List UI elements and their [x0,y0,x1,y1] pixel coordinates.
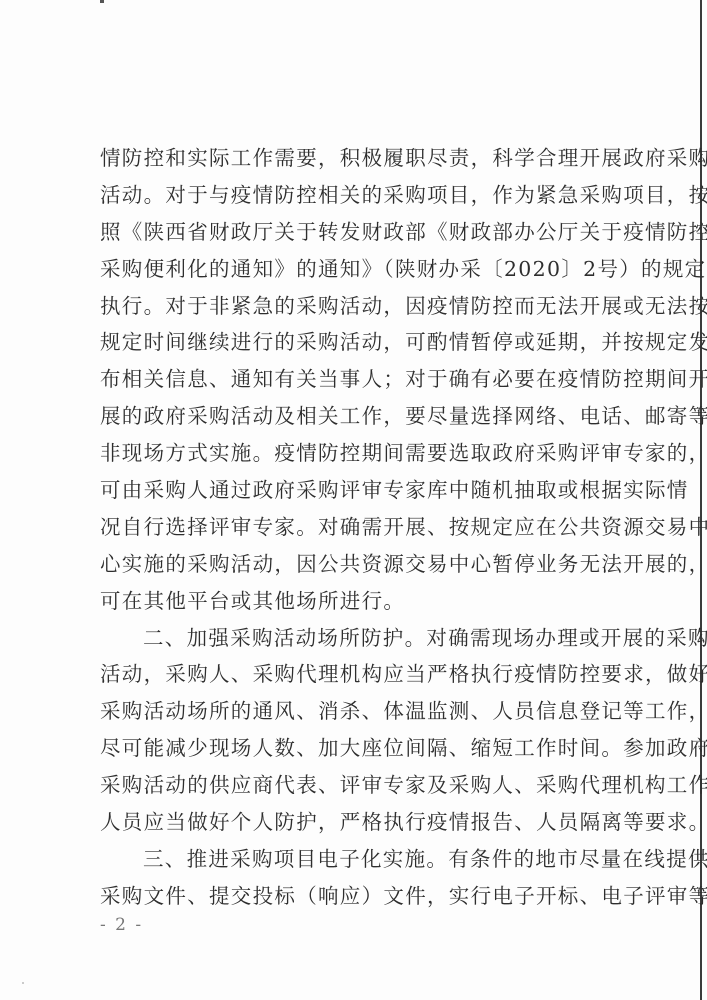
text-line: 尽可能减少现场人数、加大座位间隔、缩短工作时间。参加政府 [100,730,624,767]
text-line: 非现场方式实施。疫情防控期间需要选取政府采购评审专家的， [100,435,624,472]
scan-speck [22,982,24,984]
document-body: 情防控和实际工作需要，积极履职尽责，科学合理开展政府采购 活动。对于与疫情防控相… [100,140,624,915]
text-line: 采购活动的供应商代表、评审专家及采购人、采购代理机构工作 [100,767,624,804]
scan-mark [100,0,104,3]
section-heading-line: 二、加强采购活动场所防护。对确需现场办理或开展的采购 [100,620,624,657]
text-line: 采购文件、提交投标（响应）文件，实行电子开标、电子评审等 [100,878,624,915]
text-line: 活动。对于与疫情防控相关的采购项目，作为紧急采购项目，按 [100,177,624,214]
text-line: 人员应当做好个人防护，严格执行疫情报告、人员隔离等要求。 [100,804,624,841]
text-line: 执行。对于非紧急的采购活动，因疫情防控而无法开展或无法按 [100,288,624,325]
text-line: 可由采购人通过政府采购评审专家库中随机抽取或根据实际情 [100,472,624,509]
text-line: 采购便利化的通知》的通知》（陕财办采〔2020〕2号）的规定 [100,251,624,288]
text-line: 采购活动场所的通风、消杀、体温监测、人员信息登记等工作， [100,693,624,730]
text-line: 展的政府采购活动及相关工作，要尽量选择网络、电话、邮寄等 [100,398,624,435]
text-line: 情防控和实际工作需要，积极履职尽责，科学合理开展政府采购 [100,140,624,177]
text-line: 况自行选择评审专家。对确需开展、按规定应在公共资源交易中 [100,509,624,546]
text-line: 可在其他平台或其他场所进行。 [100,583,624,620]
text-line: 布相关信息、通知有关当事人；对于确有必要在疫情防控期间开 [100,361,624,398]
text-line: 心实施的采购活动，因公共资源交易中心暂停业务无法开展的， [100,546,624,583]
section-heading-line: 三、推进采购项目电子化实施。有条件的地市尽量在线提供 [100,841,624,878]
document-page: 情防控和实际工作需要，积极履职尽责，科学合理开展政府采购 活动。对于与疫情防控相… [0,0,707,1000]
page-number: - 2 - [100,915,143,935]
text-line: 规定时间继续进行的采购活动，可酌情暂停或延期，并按规定发 [100,324,624,361]
text-line: 照《陕西省财政厅关于转发财政部《财政部办公厅关于疫情防控 [100,214,624,251]
text-line: 活动，采购人、采购代理机构应当严格执行疫情防控要求，做好 [100,656,624,693]
